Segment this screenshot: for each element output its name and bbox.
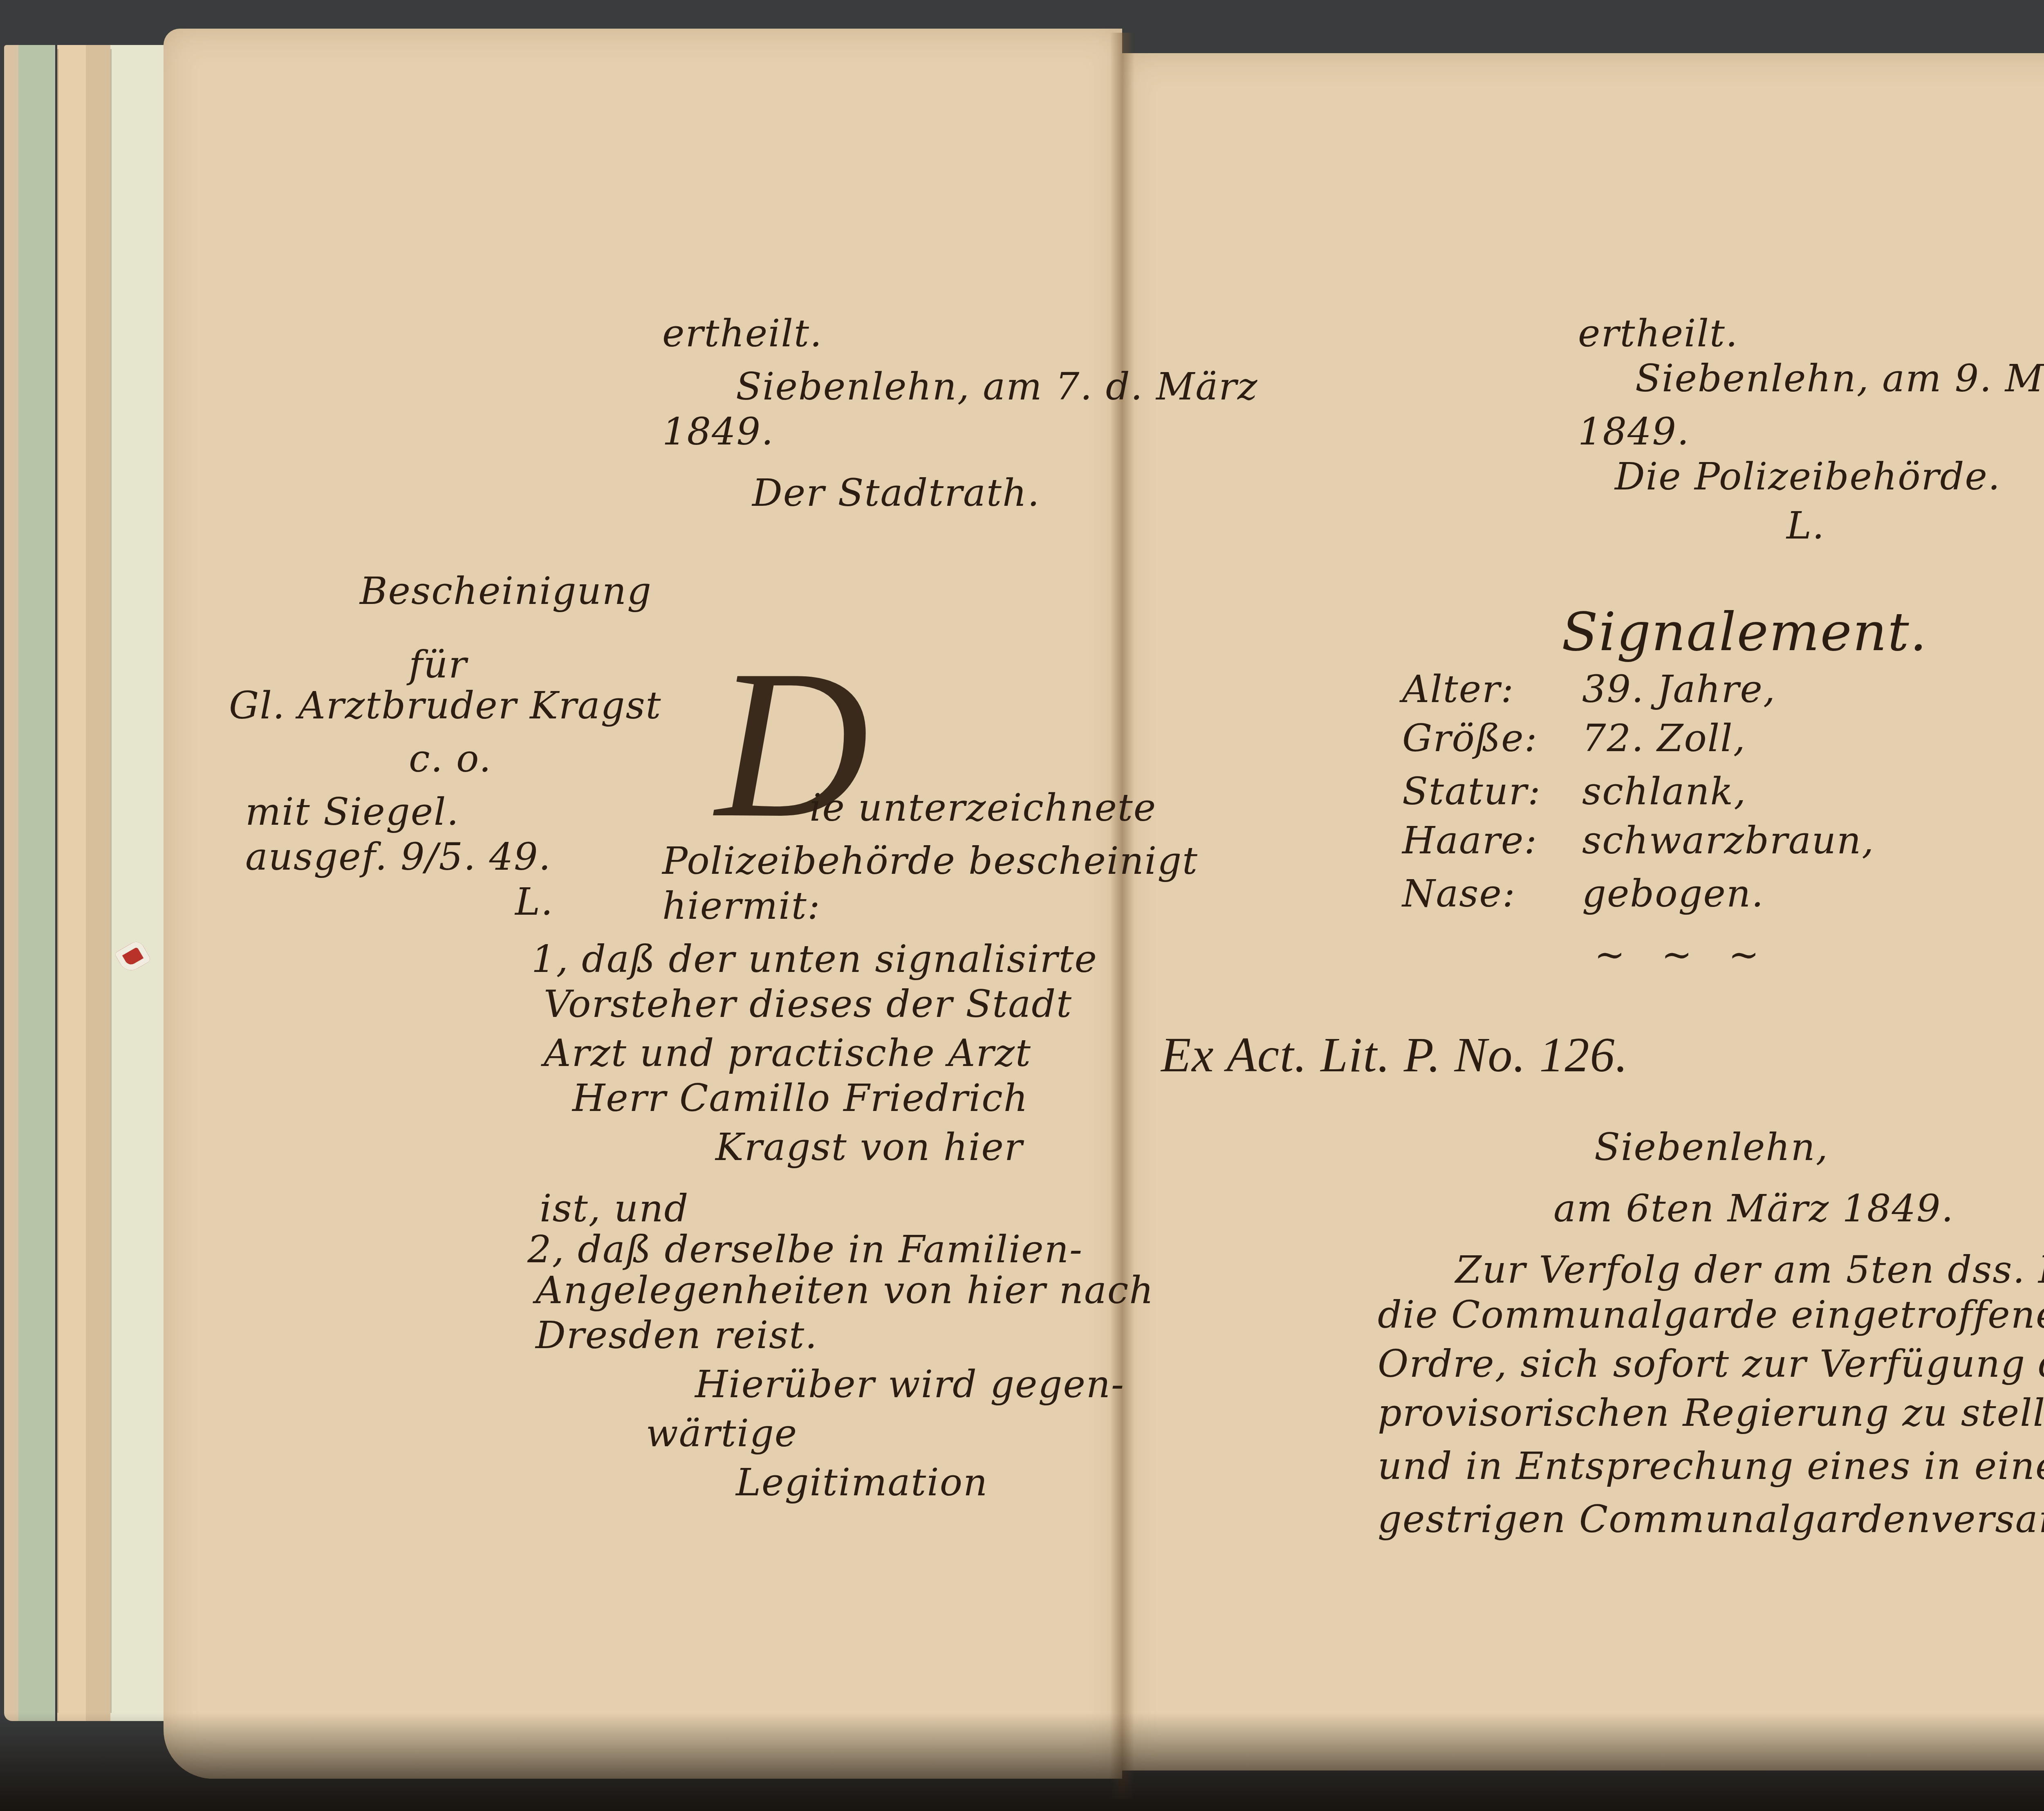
- text-line: Legitimation: [736, 1464, 988, 1501]
- text-line: ertheilt.: [1578, 315, 1738, 352]
- text-line: Ordre, sich sofort zur Verfügung der: [1378, 1345, 2044, 1383]
- text-line: ertheilt.: [662, 315, 823, 352]
- text-line: gestrigen Communalgardenversamm-: [1378, 1501, 2044, 1538]
- page-edge-green: [18, 45, 55, 1721]
- text-line: 1, daß der unten signalisirte: [531, 940, 1098, 978]
- text-line: wärtige: [646, 1415, 798, 1452]
- text-line: 1849.: [662, 413, 774, 451]
- text-line: ist, und: [540, 1190, 689, 1228]
- entry-date: am 6ten März 1849.: [1553, 1190, 1954, 1228]
- signalement-label: Nase:: [1402, 875, 1516, 913]
- bottom-shadow: [0, 1713, 2044, 1811]
- margin-line: c. o.: [409, 740, 492, 778]
- text-line: Hierüber wird gegen-: [695, 1366, 1125, 1403]
- text-line: ie unterzeichnete: [809, 789, 1156, 827]
- text-line: 2, daß derselbe in Familien-: [527, 1231, 1083, 1268]
- text-line: Siebenlehn, am 7. d. März: [736, 368, 1258, 406]
- signalement-value: schwarzbraun,: [1582, 822, 1875, 859]
- margin-heading: Bescheinigung: [360, 572, 652, 610]
- signalement-value: 72. Zoll,: [1582, 720, 1746, 757]
- text-line: 1849.: [1578, 413, 1690, 451]
- signalement-value: gebogen.: [1582, 875, 1764, 913]
- page-edge-pale: [110, 45, 172, 1721]
- ornamental-flourish: ~ ~ ~: [1594, 936, 1771, 973]
- text-line: Polizeibehörde bescheinigt: [662, 842, 1198, 880]
- file-reference: Ex Act. Lit. P. No. 126.: [1161, 1030, 1629, 1079]
- text-line: hiermit:: [662, 887, 821, 925]
- left-page: [164, 29, 1122, 1779]
- text-line: provisorischen Regierung zu stellen: [1378, 1394, 2044, 1432]
- text-line: Kragst von hier: [715, 1129, 1023, 1166]
- book-gutter: [1110, 33, 1134, 1799]
- signalement-label: Alter:: [1402, 671, 1514, 708]
- text-line: Vorsteher dieses der Stadt: [544, 985, 1072, 1023]
- signalement-label: Statur:: [1402, 773, 1541, 810]
- entry-place: Siebenlehn,: [1594, 1129, 1829, 1166]
- margin-line: Gl. Arztbruder Kragst: [229, 687, 662, 725]
- text-line: Dresden reist.: [536, 1317, 818, 1354]
- margin-line: mit Siegel.: [245, 793, 459, 831]
- text-line: L.: [1786, 507, 1825, 545]
- text-line: Die Polizeibehörde.: [1615, 458, 2001, 496]
- margin-initial: L.: [515, 883, 554, 921]
- margin-line: für: [409, 646, 467, 684]
- signalement-label: Größe:: [1402, 720, 1538, 757]
- text-line: Angelegenheiten von hier nach: [536, 1272, 1154, 1309]
- text-line: Der Stadtrath.: [752, 474, 1040, 512]
- text-line: Zur Verfolg der am 5ten dss. Mts. an: [1455, 1251, 2044, 1289]
- text-line: Herr Camillo Friedrich: [572, 1079, 1029, 1117]
- margin-line: ausgef. 9/5. 49.: [245, 838, 551, 876]
- signalement-label: Haare:: [1402, 822, 1537, 859]
- text-line: Arzt und practische Arzt: [544, 1035, 1031, 1072]
- page-edge-divider: [57, 49, 58, 1713]
- text-line: Siebenlehn, am 9. März: [1635, 360, 2044, 397]
- signalement-title: Signalement.: [1562, 605, 1927, 658]
- text-line: die Communalgarde eingetroffenen: [1378, 1296, 2044, 1334]
- page-edge-stack: [57, 45, 86, 1721]
- text-line: und in Entsprechung eines in einer: [1378, 1447, 2044, 1485]
- page-edge-divider: [110, 49, 112, 1713]
- page-edge-stack: [86, 45, 110, 1721]
- signalement-value: schlank,: [1582, 773, 1747, 810]
- signalement-value: 39. Jahre,: [1582, 671, 1776, 708]
